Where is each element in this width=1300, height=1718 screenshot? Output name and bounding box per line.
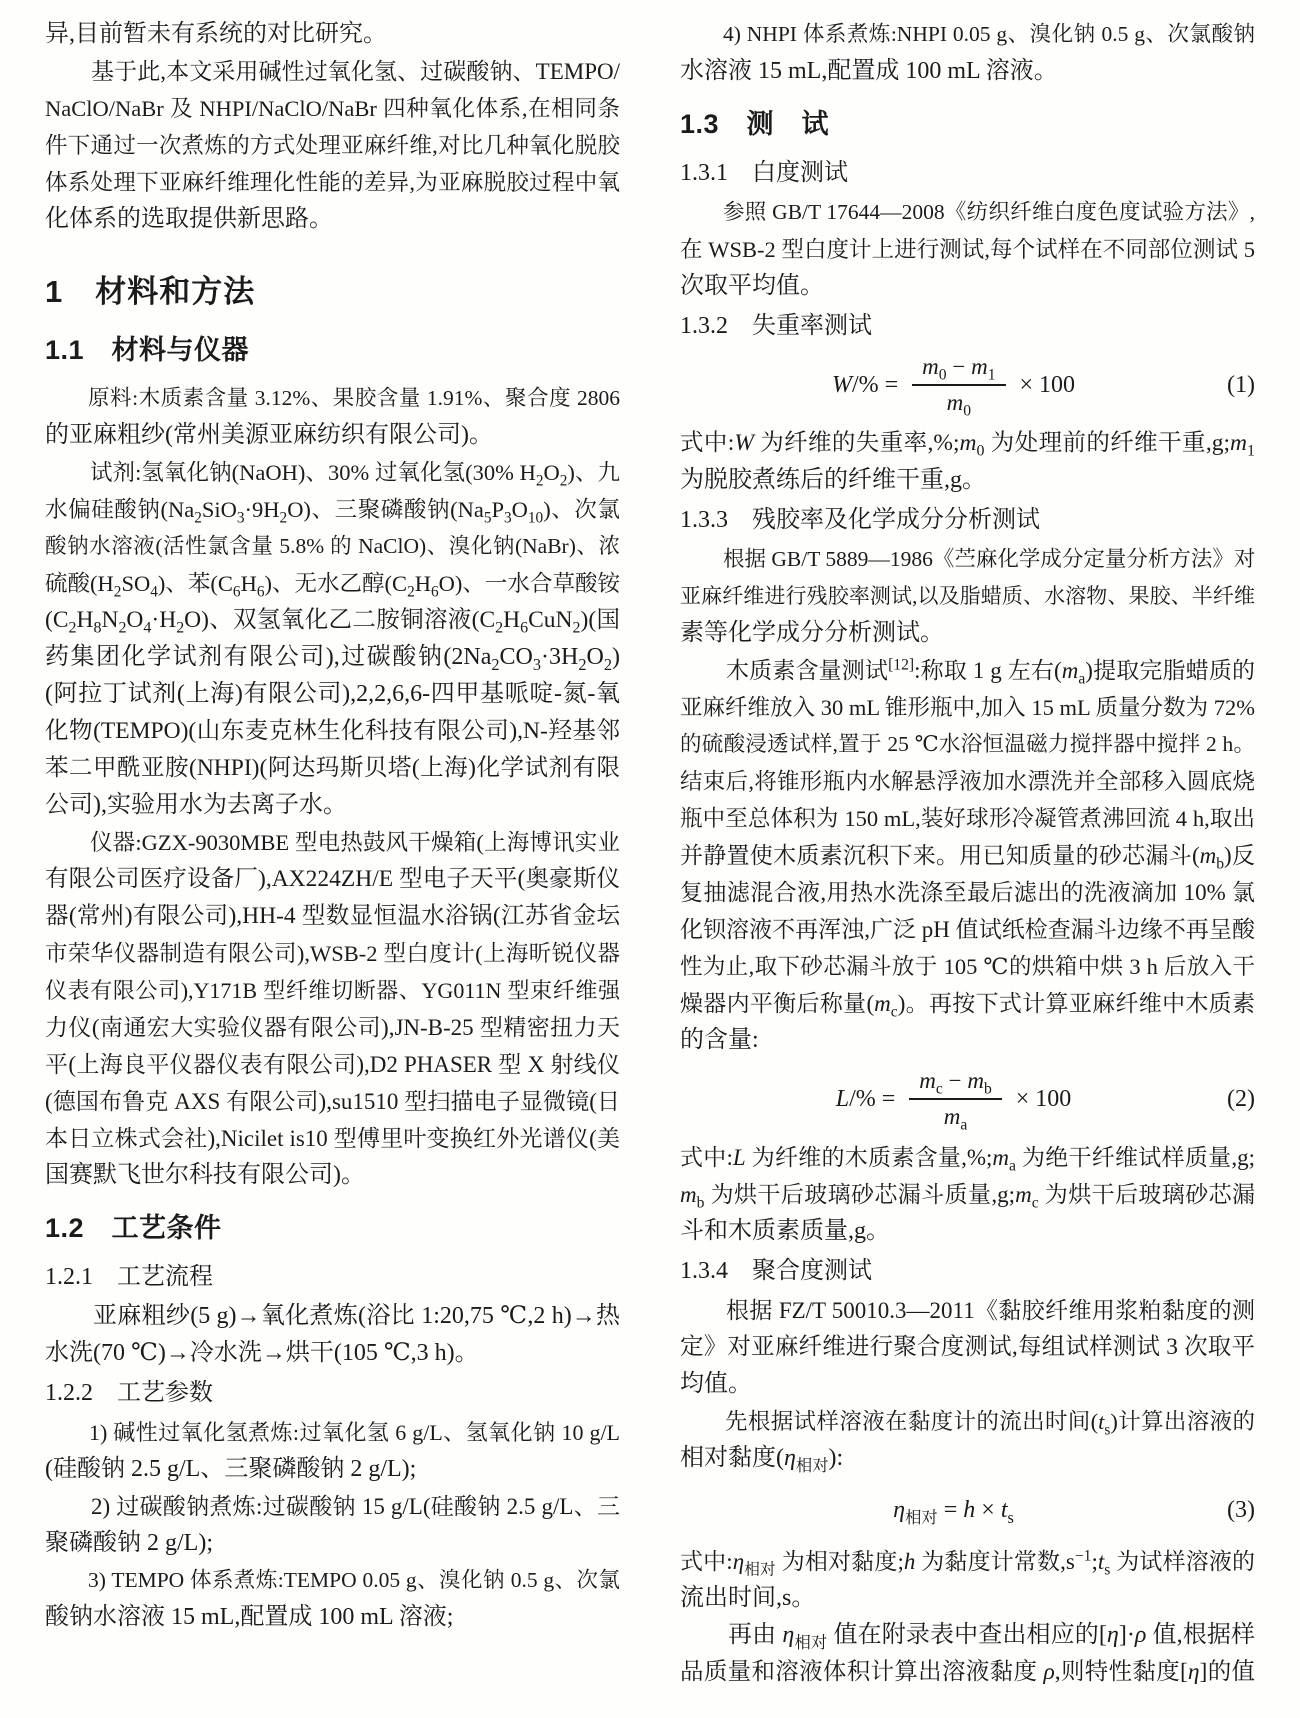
text-line: 亚麻纤维放入 30 mL 锥形瓶中,加入 15 mL 质量分数为 72% — [680, 689, 1255, 726]
text-line: 式中:L 为纤维的木质素含量,%;ma 为绝干纤维试样质量,g; — [680, 1139, 1255, 1176]
text-line: 力仪(南通宏大实验仪器有限公司),JN-B-25 型精密扭力天 — [45, 1009, 620, 1046]
formula-expression: L/% = — [836, 1086, 896, 1113]
paragraph: 4) NHPI 体系煮炼:NHPI 0.05 g、溴化钠 0.5 g、次氯酸钠水… — [680, 16, 1255, 90]
paragraph: 亚麻粗纱(5 g)→氧化煮炼(浴比 1:20,75 ℃,2 h)→热水洗(70 … — [45, 1298, 620, 1372]
text-line: 次取平均值。 — [680, 268, 1255, 305]
text-line: (C2H8N2O4·H2O)、双氢氧化乙二胺铜溶液(C2H6CuN2)(国 — [45, 602, 620, 639]
fraction-numerator: mc − mb — [909, 1067, 1001, 1100]
section-heading: 1 材料和方法 — [45, 272, 620, 312]
text-line: 仪器:GZX-9030MBE 型电热鼓风干燥箱(上海博讯实业 — [45, 824, 620, 861]
subsubsection-heading: 1.3.1 白度测试 — [680, 154, 1255, 192]
text-line: 定》对亚麻纤维进行聚合度测试,每组试样测试 3 次取平 — [680, 1329, 1255, 1366]
formula-number: (1) — [1227, 372, 1255, 399]
text-line: (硅酸钠 2.5 g/L、三聚磷酸钠 2 g/L); — [45, 1451, 620, 1488]
text-line: 硫酸(H2SO4)、苯(C6H6)、无水乙醇(C2H6O)、一水合草酸铵 — [45, 565, 620, 602]
text-line: 2) 过碳酸钠煮炼:过碳酸钠 15 g/L(硅酸钠 2.5 g/L、三 — [45, 1488, 620, 1525]
text-line: 酸钠水溶液 15 mL,配置成 100 mL 溶液; — [45, 1599, 620, 1636]
formula-expression: W/% = — [832, 372, 898, 399]
formula-fraction: m0 − m1m0 — [912, 353, 1005, 417]
text-line: 化体系的选取提供新思路。 — [45, 201, 620, 238]
text-line: 木质素含量测试[12]:称取 1 g 左右(ma)提取完脂蜡质的 — [680, 652, 1255, 689]
text-line: 苯二甲酰亚胺(NHPI)(阿达玛斯贝塔(上海)化学试剂有限 — [45, 750, 620, 787]
text-line: 水洗(70 ℃)→冷水洗→烘干(105 ℃,3 h)。 — [45, 1335, 620, 1372]
paragraph: 根据 FZ/T 50010.3—2011《黏胶纤维用浆粕黏度的测定》对亚麻纤维进… — [680, 1292, 1255, 1403]
subsubsection-heading: 1.3.4 聚合度测试 — [680, 1252, 1255, 1290]
paragraph: 基于此,本文采用碱性过氧化氢、过碳酸钠、TEMPO/NaClO/NaBr 及 N… — [45, 53, 620, 238]
text-line: 原料:木质素含量 3.12%、果胶含量 1.91%、聚合度 2806 — [45, 380, 620, 417]
text-line: 药集团化学试剂有限公司),过碳酸钠(2Na2CO3·3H2O2) — [45, 639, 620, 676]
text-line: 式中:W 为纤维的失重率,%;m0 为处理前的纤维干重,g;m1 — [680, 425, 1255, 462]
paper-page: 异,目前暂未有系统的对比研究。基于此,本文采用碱性过氧化氢、过碳酸钠、TEMPO… — [0, 0, 1300, 1718]
text-line: 品质量和溶液体积计算出溶液黏度 ρ,则特性黏度[η]的值 — [680, 1654, 1255, 1691]
text-line: 再由 η相对 值在附录表中查出相应的[η]·ρ 值,根据样 — [680, 1617, 1255, 1654]
text-line: 相对黏度(η相对): — [680, 1440, 1255, 1477]
text-line: 体系处理下亚麻纤维理化性能的差异,为亚麻脱胶过程中氧 — [45, 164, 620, 201]
text-line: 水溶液 15 mL,配置成 100 mL 溶液。 — [680, 53, 1255, 90]
subsubsection-heading: 1.3.3 残胶率及化学成分分析测试 — [680, 501, 1255, 539]
text-line: (阿拉丁试剂(上海)有限公司),2,2,6,6-四甲基哌啶-氮-氧 — [45, 676, 620, 713]
text-line: 流出时间,s。 — [680, 1580, 1255, 1617]
text-line: 化钡溶液不再浑浊,广泛 pH 值试纸检查漏斗边缘不再呈酸 — [680, 911, 1255, 948]
fraction-denominator: m0 — [947, 386, 971, 417]
subsection-heading: 1.1 材料与仪器 — [45, 332, 620, 368]
text-line: 根据 FZ/T 50010.3—2011《黏胶纤维用浆粕黏度的测 — [680, 1292, 1255, 1329]
paragraph: 式中:L 为纤维的木质素含量,%;ma 为绝干纤维试样质量,g;mb 为烘干后玻… — [680, 1139, 1255, 1250]
formula-expression: η相对 = h × ts — [893, 1497, 1014, 1524]
paragraph: 3) TEMPO 体系煮炼:TEMPO 0.05 g、溴化钠 0.5 g、次氯酸… — [45, 1562, 620, 1636]
paragraph: 原料:木质素含量 3.12%、果胶含量 1.91%、聚合度 2806的亚麻粗纱(… — [45, 380, 620, 454]
subsubsection-heading: 1.2.2 工艺参数 — [45, 1374, 620, 1412]
text-line: (德国布鲁克 AXS 有限公司),su1510 型扫描电子显微镜(日 — [45, 1083, 620, 1120]
paragraph: 根据 GB/T 5889—1986《苎麻化学成分定量分析方法》对亚麻纤维进行残胶… — [680, 541, 1255, 652]
formula-number: (3) — [1227, 1497, 1255, 1524]
paragraph: 先根据试样溶液在黏度计的流出时间(ts)计算出溶液的相对黏度(η相对): — [680, 1403, 1255, 1477]
formula: η相对 = h × ts(3) — [680, 1485, 1255, 1535]
paragraph: 再由 η相对 值在附录表中查出相应的[η]·ρ 值,根据样品质量和溶液体积计算出… — [680, 1617, 1255, 1691]
text-line: 燥器内平衡后称量(mc)。再按下式计算亚麻纤维中木质素 — [680, 985, 1255, 1022]
text-line: mb 为烘干后玻璃砂芯漏斗质量,g;mc 为烘干后玻璃砂芯漏 — [680, 1176, 1255, 1213]
column-right: 4) NHPI 体系煮炼:NHPI 0.05 g、溴化钠 0.5 g、次氯酸钠水… — [680, 16, 1255, 1691]
subsection-heading: 1.3 测 试 — [680, 106, 1255, 142]
subsubsection-heading: 1.2.1 工艺流程 — [45, 1258, 620, 1296]
column-left: 异,目前暂未有系统的对比研究。基于此,本文采用碱性过氧化氢、过碳酸钠、TEMPO… — [45, 16, 620, 1691]
text-line: 的硫酸浸透试样,置于 25 ℃水浴恒温磁力搅拌器中搅拌 2 h。 — [680, 726, 1255, 763]
text-line: 4) NHPI 体系煮炼:NHPI 0.05 g、溴化钠 0.5 g、次氯酸钠 — [680, 16, 1255, 53]
text-line: 的含量: — [680, 1022, 1255, 1059]
text-line: 参照 GB/T 17644—2008《纺织纤维白度色度试验方法》, — [680, 194, 1255, 231]
text-line: 根据 GB/T 5889—1986《苎麻化学成分定量分析方法》对 — [680, 541, 1255, 578]
subsubsection-heading: 1.3.2 失重率测试 — [680, 307, 1255, 345]
text-line: 亚麻纤维进行残胶率测试,以及脂蜡质、水溶物、果胶、半纤维 — [680, 578, 1255, 615]
text-line: 有限公司医疗设备厂),AX224ZH/E 型电子天平(奥豪斯仪 — [45, 861, 620, 898]
text-line: 均值。 — [680, 1366, 1255, 1403]
paragraph: 仪器:GZX-9030MBE 型电热鼓风干燥箱(上海博讯实业有限公司医疗设备厂)… — [45, 824, 620, 1194]
subsection-heading: 1.2 工艺条件 — [45, 1210, 620, 1246]
paragraph: 异,目前暂未有系统的对比研究。 — [45, 16, 620, 53]
text-line: 素等化学成分分析测试。 — [680, 615, 1255, 652]
formula-fraction: mc − mbma — [909, 1067, 1001, 1131]
text-line: 先根据试样溶液在黏度计的流出时间(ts)计算出溶液的 — [680, 1403, 1255, 1440]
formula-body: W/% =m0 − m1m0× 100 — [680, 353, 1227, 417]
text-line: 酸钠水溶液(活性氯含量 5.8% 的 NaClO)、溴化钠(NaBr)、浓 — [45, 528, 620, 565]
text-line: 仪表有限公司),Y171B 型纤维切断器、YG011N 型束纤维强 — [45, 972, 620, 1009]
text-line: 聚磷酸钠 2 g/L); — [45, 1525, 620, 1562]
two-column-layout: 异,目前暂未有系统的对比研究。基于此,本文采用碱性过氧化氢、过碳酸钠、TEMPO… — [45, 16, 1255, 1691]
paragraph: 试剂:氢氧化钠(NaOH)、30% 过氧化氢(30% H2O2)、九水偏硅酸钠(… — [45, 454, 620, 824]
formula-multiplier: × 100 — [1020, 372, 1076, 399]
paragraph: 式中:η相对 为相对黏度;h 为黏度计常数,s−1;ts 为试样溶液的流出时间,… — [680, 1543, 1255, 1617]
text-line: 平(上海良平仪器仪表有限公司),D2 PHASER 型 X 射线仪 — [45, 1046, 620, 1083]
text-line: 国赛默飞世尔科技有限公司)。 — [45, 1157, 620, 1194]
text-line: 市荣华仪器制造有限公司),WSB-2 型白度计(上海昕锐仪器 — [45, 935, 620, 972]
paragraph: 1) 碱性过氧化氢煮炼:过氧化氢 6 g/L、氢氧化钠 10 g/L(硅酸钠 2… — [45, 1414, 620, 1488]
text-line: 异,目前暂未有系统的对比研究。 — [45, 16, 620, 53]
formula-body: L/% =mc − mbma× 100 — [680, 1067, 1227, 1131]
formula-number: (2) — [1227, 1086, 1255, 1113]
paragraph: 参照 GB/T 17644—2008《纺织纤维白度色度试验方法》,在 WSB-2… — [680, 194, 1255, 305]
formula-body: η相对 = h × ts — [680, 1497, 1227, 1524]
text-line: 公司),实验用水为去离子水。 — [45, 787, 620, 824]
text-line: 瓶中至总体积为 150 mL,装好球形冷凝管煮沸回流 4 h,取出 — [680, 800, 1255, 837]
text-line: 为脱胶煮练后的纤维干重,g。 — [680, 462, 1255, 499]
text-line: 化物(TEMPO)(山东麦克林生化科技有限公司),N-羟基邻 — [45, 713, 620, 750]
text-line: 试剂:氢氧化钠(NaOH)、30% 过氧化氢(30% H2O2)、九 — [45, 454, 620, 491]
formula: W/% =m0 − m1m0× 100(1) — [680, 353, 1255, 417]
text-line: 件下通过一次煮炼的方式处理亚麻纤维,对比几种氧化脱胶 — [45, 127, 620, 164]
text-line: 在 WSB-2 型白度计上进行测试,每个试样在不同部位测试 5 — [680, 231, 1255, 268]
paragraph: 2) 过碳酸钠煮炼:过碳酸钠 15 g/L(硅酸钠 2.5 g/L、三聚磷酸钠 … — [45, 1488, 620, 1562]
text-line: 器(常州)有限公司),HH-4 型数显恒温水浴锅(江苏省金坛 — [45, 898, 620, 935]
text-line: 式中:η相对 为相对黏度;h 为黏度计常数,s−1;ts 为试样溶液的 — [680, 1543, 1255, 1580]
text-line: 结束后,将锥形瓶内水解悬浮液加水漂洗并全部移入圆底烧 — [680, 763, 1255, 800]
formula: L/% =mc − mbma× 100(2) — [680, 1067, 1255, 1131]
text-line: 本日立株式会社),Nicilet is10 型傅里叶变换红外光谱仪(美 — [45, 1120, 620, 1157]
text-line: 的亚麻粗纱(常州美源亚麻纺织有限公司)。 — [45, 417, 620, 454]
text-line: 亚麻粗纱(5 g)→氧化煮炼(浴比 1:20,75 ℃,2 h)→热 — [45, 1298, 620, 1335]
paragraph: 木质素含量测试[12]:称取 1 g 左右(ma)提取完脂蜡质的亚麻纤维放入 3… — [680, 652, 1255, 1059]
formula-multiplier: × 100 — [1016, 1086, 1072, 1113]
text-line: 斗和木质素质量,g。 — [680, 1213, 1255, 1250]
text-line: 基于此,本文采用碱性过氧化氢、过碳酸钠、TEMPO/ — [45, 53, 620, 90]
text-line: 1) 碱性过氧化氢煮炼:过氧化氢 6 g/L、氢氧化钠 10 g/L — [45, 1414, 620, 1451]
text-line: 性为止,取下砂芯漏斗放于 105 ℃的烘箱中烘 3 h 后放入干 — [680, 948, 1255, 985]
text-line: 并静置使木质素沉积下来。用已知质量的砂芯漏斗(mb)反 — [680, 837, 1255, 874]
text-line: 复抽滤混合液,用热水洗涤至最后滤出的洗液滴加 10% 氯 — [680, 874, 1255, 911]
fraction-denominator: ma — [944, 1100, 968, 1131]
fraction-numerator: m0 − m1 — [912, 353, 1005, 386]
text-line: NaClO/NaBr 及 NHPI/NaClO/NaBr 四种氧化体系,在相同条 — [45, 90, 620, 127]
text-line: 3) TEMPO 体系煮炼:TEMPO 0.05 g、溴化钠 0.5 g、次氯 — [45, 1562, 620, 1599]
paragraph: 式中:W 为纤维的失重率,%;m0 为处理前的纤维干重,g;m1为脱胶煮练后的纤… — [680, 425, 1255, 499]
text-line: 水偏硅酸钠(Na2SiO3·9H2O)、三聚磷酸钠(Na5P3O10)、次氯 — [45, 491, 620, 528]
